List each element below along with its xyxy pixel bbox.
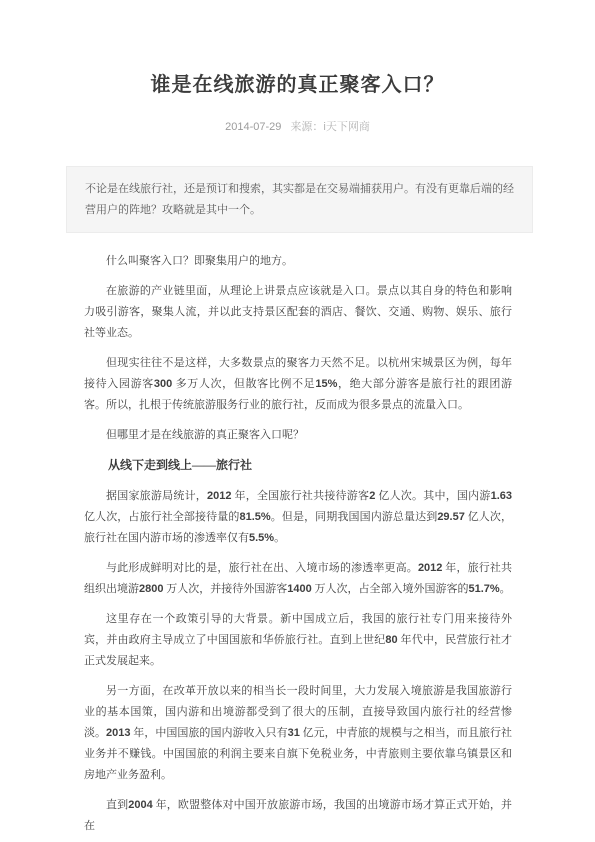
paragraph: 什么叫聚客入口？即聚集用户的地方。 [84,251,512,272]
paragraph: 另一方面，在改革开放以来的相当长一段时间里，大力发展入境旅游是我国旅游行业的基本… [84,681,512,786]
paragraph: 直到2004 年，欧盟整体对中国开放旅游市场，我国的出境游市场才算正式开始，并在 [84,795,512,837]
paragraph: 但现实往往不是这样，大多数景点的聚客力天然不足。以杭州宋城景区为例，每年接待入园… [84,353,512,416]
paragraph: 但哪里才是在线旅游的真正聚客入口呢？ [84,425,512,446]
article-date: 2014-07-29 [225,121,281,133]
paragraph: 这里存在一个政策引导的大背景。新中国成立后，我国的旅行社专门用来接待外宾，并由政… [84,609,512,672]
page-title: 谁是在线旅游的真正聚客入口？ [0,0,595,98]
article-meta: 2014-07-29 来源：i天下网商 [0,118,595,134]
section-heading: 从线下走到线上——旅行社 [84,455,512,476]
paragraph: 据国家旅游局统计，2012 年，全国旅行社共接待游客2 亿人次。其中，国内游1.… [84,486,512,549]
summary-box: 不论是在线旅行社，还是预订和搜索，其实都是在交易端捕获用户。有没有更靠后端的经营… [66,166,533,233]
paragraph: 在旅游的产业链里面，从理论上讲景点应该就是入口。景点以其自身的特色和影响力吸引游… [84,281,512,344]
article-source: 来源：i天下网商 [290,121,369,133]
paragraph: 与此形成鲜明对比的是，旅行社在出、入境市场的渗透率更高。2012 年，旅行社共组… [84,558,512,600]
article-body: 什么叫聚客入口？即聚集用户的地方。 在旅游的产业链里面，从理论上讲景点应该就是入… [84,251,512,837]
article-page: 谁是在线旅游的真正聚客入口？ 2014-07-29 来源：i天下网商 不论是在线… [0,0,595,842]
